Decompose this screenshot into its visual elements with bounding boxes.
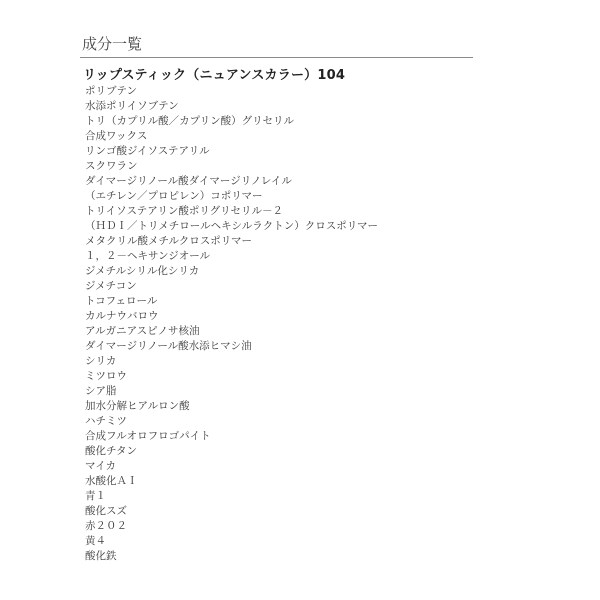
ingredient-item: 赤２０２ bbox=[85, 519, 378, 534]
ingredient-item: 青１ bbox=[85, 489, 378, 504]
ingredient-item: シア脂 bbox=[85, 384, 378, 399]
ingredient-item: ポリブテン bbox=[85, 84, 378, 99]
ingredient-item: トリ（カプリル酸／カプリン酸）グリセリル bbox=[85, 114, 378, 129]
ingredient-item: スクワラン bbox=[85, 159, 378, 174]
ingredient-item: シリカ bbox=[85, 354, 378, 369]
ingredient-item: トコフェロール bbox=[85, 294, 378, 309]
ingredient-item: 水添ポリイソブテン bbox=[85, 99, 378, 114]
divider bbox=[80, 57, 473, 58]
ingredient-item: （エチレン／プロピレン）コポリマー bbox=[85, 189, 378, 204]
ingredient-item: ジメチルシリル化シリカ bbox=[85, 264, 378, 279]
ingredient-item: 水酸化ＡＩ bbox=[85, 474, 378, 489]
ingredient-item: トリイソステアリン酸ポリグリセリル－２ bbox=[85, 204, 378, 219]
ingredient-item: 黄４ bbox=[85, 534, 378, 549]
ingredient-item: カルナウバロウ bbox=[85, 309, 378, 324]
ingredient-item: ハチミツ bbox=[85, 414, 378, 429]
ingredient-item: 加水分解ヒアルロン酸 bbox=[85, 399, 378, 414]
ingredient-item: 合成フルオロフロゴパイト bbox=[85, 429, 378, 444]
ingredient-item: １，２－ヘキサンジオール bbox=[85, 249, 378, 264]
ingredient-item: （ＨＤＩ／トリメチロールヘキシルラクトン）クロスポリマー bbox=[85, 219, 378, 234]
ingredient-item: 酸化鉄 bbox=[85, 549, 378, 564]
ingredient-item: ミツロウ bbox=[85, 369, 378, 384]
ingredient-item: アルガニアスピノサ核油 bbox=[85, 324, 378, 339]
ingredient-item: マイカ bbox=[85, 459, 378, 474]
ingredient-item: 合成ワックス bbox=[85, 129, 378, 144]
ingredient-item: ダイマージリノール酸水添ヒマシ油 bbox=[85, 339, 378, 354]
section-title: 成分一覧 bbox=[82, 34, 142, 54]
ingredient-list: ポリブテン 水添ポリイソブテン トリ（カプリル酸／カプリン酸）グリセリル 合成ワ… bbox=[85, 84, 378, 564]
ingredient-item: ジメチコン bbox=[85, 279, 378, 294]
ingredient-item: メタクリル酸メチルクロスポリマー bbox=[85, 234, 378, 249]
product-name: リップスティック（ニュアンスカラー）104 bbox=[83, 67, 345, 85]
ingredient-item: 酸化チタン bbox=[85, 444, 378, 459]
ingredient-item: 酸化スズ bbox=[85, 504, 378, 519]
ingredient-item: リンゴ酸ジイソステアリル bbox=[85, 144, 378, 159]
ingredient-item: ダイマージリノール酸ダイマージリノレイル bbox=[85, 174, 378, 189]
